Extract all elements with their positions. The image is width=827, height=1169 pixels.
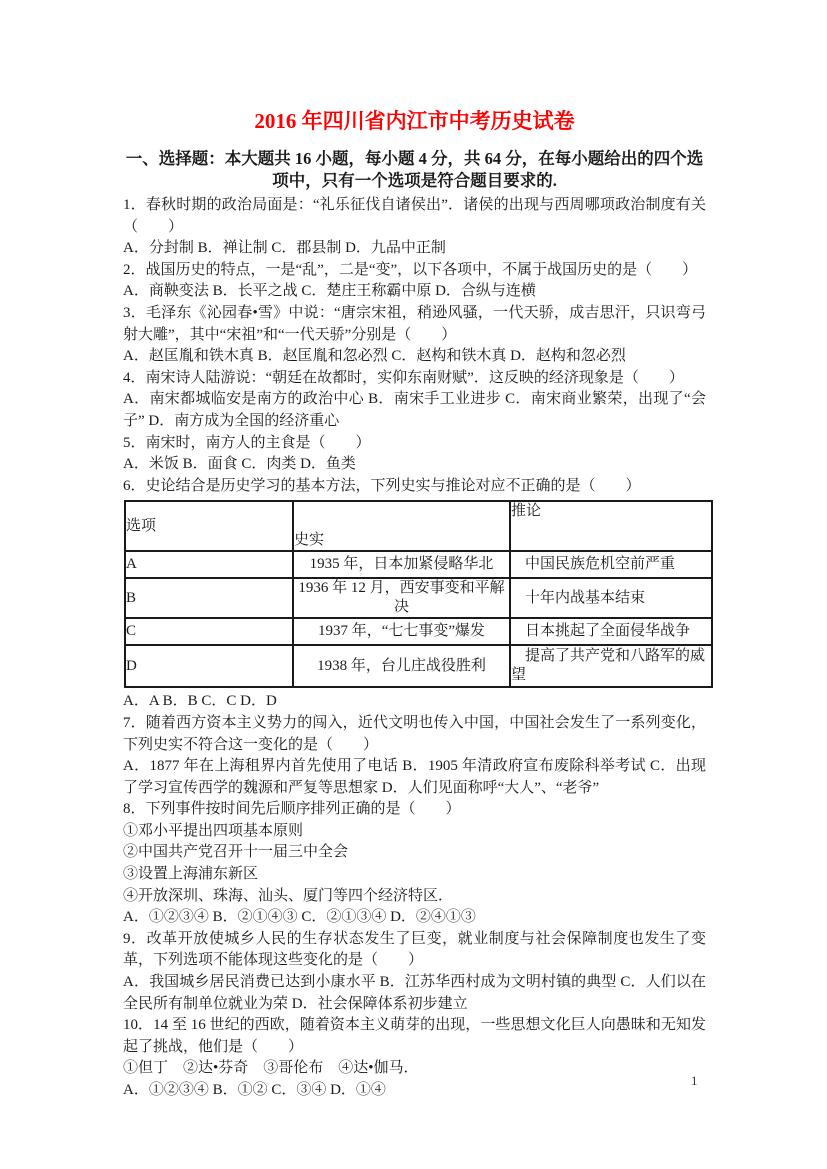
q3-stem: 3．毛泽东《沁园春•雪》中说：“唐宗宋祖，稍逊风骚，一代天骄，成吉思汗，只识弯弓… — [123, 303, 706, 346]
q6-fact-inference-table: 选项 史实 推论 A 1935 年，日本加紧侵略华北 中国民族危机空前严重 B … — [124, 500, 713, 688]
q6-stem: 6．史论结合是历史学习的基本方法，下列史实与推论对应不正确的是（ ） — [123, 476, 706, 498]
q6-row-a-inference: 中国民族危机空前严重 — [510, 551, 712, 578]
q9-options: A．我国城乡居民消费已达到小康水平 B．江苏华西村成为文明村镇的典型 C．人们以… — [123, 972, 706, 1015]
q6-row-d-inference: 提高了共产党和八路军的威望 — [510, 645, 712, 687]
document-title: 2016 年四川省内江市中考历史试卷 — [123, 106, 706, 136]
q10-item-list: ①但丁 ②达•芬奇 ③哥伦布 ④达•伽马． — [123, 1058, 706, 1080]
q1-options: A．分封制 B．禅让制 C．郡县制 D．九品中正制 — [123, 238, 706, 260]
q3-options: A．赵匡胤和铁木真 B．赵匡胤和忽必烈 C．赵构和铁木真 D．赵构和忽必烈 — [123, 346, 706, 368]
q8-item-2: ②中国共产党召开十一届三中全会 — [123, 842, 706, 864]
section-1-heading: 一、选择题：本大题共 16 小题，每小题 4 分，共 64 分，在每小题给出的四… — [123, 148, 706, 191]
q8-item-3: ③设置上海浦东新区 — [123, 864, 706, 886]
q6-row-d-fact: 1938 年，台儿庄战役胜利 — [293, 645, 510, 687]
q6-table-header-inference: 推论 — [510, 501, 712, 551]
table-row: A 1935 年，日本加紧侵略华北 中国民族危机空前严重 — [125, 551, 712, 578]
q8-item-1: ①邓小平提出四项基本原则 — [123, 821, 706, 843]
q6-table-header-fact: 史实 — [293, 501, 510, 551]
table-row: C 1937 年，“七七事变”爆发 日本挑起了全面侵华战争 — [125, 618, 712, 645]
q2-stem: 2．战国历史的特点，一是“乱”，二是“变”，以下各项中，不属于战国历史的是（ ） — [123, 260, 706, 282]
q6-options: A．A B．B C．C D．D — [123, 691, 706, 713]
q4-stem: 4．南宋诗人陆游说：“朝廷在故都时，实仰东南财赋”．这反映的经济现象是（ ） — [123, 368, 706, 390]
q8-item-4: ④开放深圳、珠海、汕头、厦门等四个经济特区． — [123, 886, 706, 908]
q1-stem: 1．春秋时期的政治局面是：“礼乐征伐自诸侯出”．诸侯的出现与西周哪项政治制度有关… — [123, 195, 706, 238]
q6-row-b-fact: 1936 年 12 月，西安事变和平解决 — [293, 578, 510, 618]
table-row: B 1936 年 12 月，西安事变和平解决 十年内战基本结束 — [125, 578, 712, 618]
q6-row-c-option: C — [125, 618, 293, 645]
q8-stem: 8．下列事件按时间先后顺序排列正确的是（ ） — [123, 799, 706, 821]
table-header-row: 选项 史实 推论 — [125, 501, 712, 551]
page-number: 1 — [691, 1073, 698, 1089]
q10-options: A．①②③④ B．①② C．③④ D．①④ — [123, 1080, 706, 1102]
q4-options: A．南宋都城临安是南方的政治中心 B．南宋手工业进步 C．南宋商业繁荣，出现了“… — [123, 389, 706, 432]
q7-stem: 7．随着西方资本主义势力的闯入，近代文明也传入中国，中国社会发生了一系列变化，下… — [123, 713, 706, 756]
q8-options: A．①②③④ B．②①④③ C．②①③④ D．②④①③ — [123, 907, 706, 929]
table-row: D 1938 年，台儿庄战役胜利 提高了共产党和八路军的威望 — [125, 645, 712, 687]
exam-document-page: 2016 年四川省内江市中考历史试卷 一、选择题：本大题共 16 小题，每小题 … — [0, 0, 827, 1169]
document-content: 2016 年四川省内江市中考历史试卷 一、选择题：本大题共 16 小题，每小题 … — [123, 106, 706, 1102]
q6-row-c-inference: 日本挑起了全面侵华战争 — [510, 618, 712, 645]
q6-row-b-option: B — [125, 578, 293, 618]
q9-stem: 9．改革开放使城乡人民的生存状态发生了巨变，就业制度与社会保障制度也发生了变革，… — [123, 929, 706, 972]
q6-row-d-option: D — [125, 645, 293, 687]
q5-stem: 5．南宋时，南方人的主食是（ ） — [123, 433, 706, 455]
q6-table-header-option: 选项 — [125, 501, 293, 551]
q6-row-b-inference: 十年内战基本结束 — [510, 578, 712, 618]
q7-options: A．1877 年在上海租界内首先使用了电话 B．1905 年清政府宣布废除科举考… — [123, 756, 706, 799]
q6-row-a-option: A — [125, 551, 293, 578]
q5-options: A．米饭 B．面食 C．肉类 D．鱼类 — [123, 454, 706, 476]
q10-stem: 10．14 至 16 世纪的西欧，随着资本主义萌芽的出现，一些思想文化巨人向愚昧… — [123, 1015, 706, 1058]
q2-options: A．商鞅变法 B．长平之战 C．楚庄王称霸中原 D．合纵与连横 — [123, 281, 706, 303]
q6-row-c-fact: 1937 年，“七七事变”爆发 — [293, 618, 510, 645]
q6-row-a-fact: 1935 年，日本加紧侵略华北 — [293, 551, 510, 578]
